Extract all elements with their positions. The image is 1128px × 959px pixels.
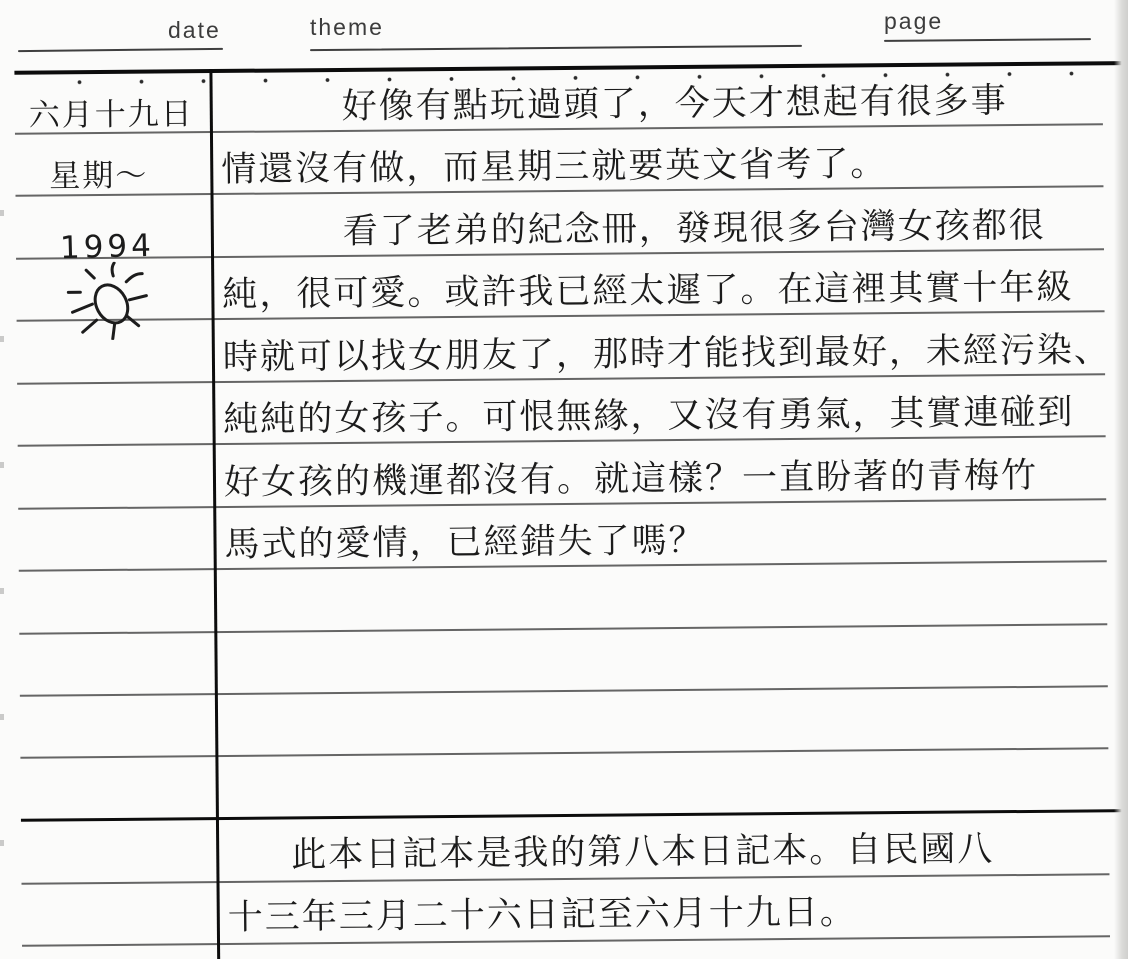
entry-line: 好像有點玩過頭了，今天才想起有很多事 <box>342 80 1008 128</box>
entry-line: 好女孩的機運都沒有。就這樣？一直盼著的青梅竹 <box>224 455 1038 504</box>
section-heavy-rule <box>21 809 1128 822</box>
footer-line: 此本日記本是我的第八本日記本。自民國八 <box>291 828 994 876</box>
ruled-line <box>19 623 1107 634</box>
entry-weekday: 星期〜 <box>49 155 148 198</box>
sun-icon <box>56 261 169 340</box>
entry-line: 時就可以找女朋友了，那時才能找到最好，未經污染、 <box>223 329 1111 379</box>
entry-line: 情還沒有做，而星期三就要英文省考了。 <box>221 143 887 191</box>
margin-divider <box>209 69 220 959</box>
entry-line: 馬式的愛情，已經錯失了嗎？ <box>224 520 705 566</box>
ruled-line <box>20 747 1108 758</box>
footer-line: 十三年三月二十六日記至六月十九日。 <box>228 891 857 938</box>
ruled-sheet: 六月十九日 星期〜 1994 好像有點玩過頭了，今天才想起有很多事 情還沒有做，… <box>0 0 1128 959</box>
ruled-line <box>22 935 1110 946</box>
entry-line: 純，很可愛。或許我已經太遲了。在這裡其實十年級 <box>222 267 1073 316</box>
entry-line: 看了老弟的紀念冊，發現很多台灣女孩都很 <box>343 205 1046 253</box>
entry-line: 純純的女孩子。可恨無緣，又沒有勇氣，其實連碰到 <box>223 392 1074 441</box>
ruled-line <box>21 873 1109 884</box>
entry-date: 六月十九日 <box>29 93 194 136</box>
notebook-page: date theme page 六月十九日 星期〜 1994 <box>0 0 1128 959</box>
ruled-line <box>20 685 1108 696</box>
